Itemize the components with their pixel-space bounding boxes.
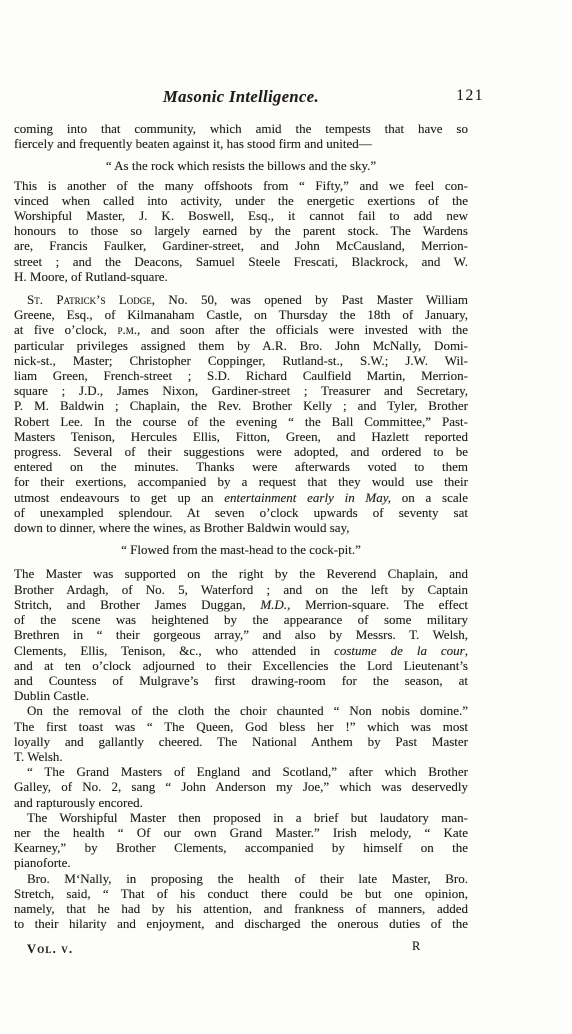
- text-line: Brethren in “ their gorgeous array,” and…: [14, 627, 468, 642]
- text-line: particular privileges assigned them by A…: [14, 338, 468, 353]
- text-line: are, Francis Faulker, Gardiner-street, a…: [14, 238, 468, 253]
- text-line: T. Welsh.: [14, 749, 468, 764]
- text-segment: Clements, Ellis, Tenison, &c., who atten…: [14, 643, 334, 658]
- signature-mark: R: [412, 939, 421, 954]
- paragraph-grand-master-health: The Worshipful Master then proposed in a…: [14, 810, 468, 871]
- text-line: H. Moore, of Rutland-square.: [14, 269, 468, 284]
- volume-label: Vol. v.: [27, 942, 73, 957]
- scanned-book-page: Masonic Intelligence. 121 coming into th…: [0, 0, 572, 1034]
- text-line: namely, that he had by his attention, an…: [14, 901, 468, 916]
- text-line: Clements, Ellis, Tenison, &c., who atten…: [14, 643, 468, 658]
- italic-text: costume de la cour: [334, 643, 465, 658]
- paragraph-continuation: coming into that community, which amid t…: [14, 121, 468, 151]
- text-line: entered on the minutes. Thanks were afte…: [14, 459, 468, 474]
- text-line: and Countess of Mulgrave’s first drawing…: [14, 673, 468, 688]
- lodge-name-small-caps: St. Patrick’s Lodge: [27, 292, 152, 307]
- text-line: ner the health “ Of our own Grand Master…: [14, 825, 468, 840]
- text-line: for their exertions, accompanied by a re…: [14, 474, 468, 489]
- page-footer: Vol. v. R: [14, 939, 484, 957]
- verse-quote: “ Flowed from the mast-head to the cock-…: [14, 542, 468, 557]
- paragraph-st-patricks-lodge: St. Patrick’s Lodge, No. 50, was opened …: [14, 292, 468, 535]
- italic-text: entertainment early in May,: [224, 490, 391, 505]
- text-line: This is another of the many offshoots fr…: [14, 178, 468, 193]
- text-line: pianoforte.: [14, 855, 468, 870]
- text-line: vinced when called into activity, under …: [14, 193, 468, 208]
- small-caps-text: p.m.: [117, 322, 137, 337]
- italic-text: M.D.: [260, 597, 287, 612]
- verse-quote: “ As the rock which resists the billows …: [14, 158, 468, 173]
- text-line: coming into that community, which amid t…: [14, 121, 468, 136]
- text-line: Kearney,” by Brother Clements, accompani…: [14, 840, 468, 855]
- text-line: P. M. Baldwin ; Chaplain, the Rev. Broth…: [14, 398, 468, 413]
- text-line: Worshipful Master, J. K. Boswell, Esq., …: [14, 208, 468, 223]
- text-line: Galley, of No. 2, sang “ John Anderson m…: [14, 779, 468, 794]
- paragraph-fifty-offshoot: This is another of the many offshoots fr…: [14, 178, 468, 284]
- text-line: progress. Several of their suggestions w…: [14, 444, 468, 459]
- text-line: down to dinner, where the wines, as Brot…: [14, 520, 468, 535]
- paragraph-removal-of-cloth: On the removal of the cloth the choir ch…: [14, 703, 468, 764]
- text-line: honours to those so largely earned by th…: [14, 223, 468, 238]
- text-line: Robert Lee. In the course of the evening…: [14, 414, 468, 429]
- text-line: The first toast was “ The Queen, God ble…: [14, 719, 468, 734]
- text-line: The Master was supported on the right by…: [14, 566, 468, 581]
- text-line: loyally and gallantly cheered. The Natio…: [14, 734, 468, 749]
- text-column: coming into that community, which amid t…: [14, 121, 468, 931]
- running-head: Masonic Intelligence. 121: [14, 87, 468, 107]
- text-segment: at five o’clock,: [14, 322, 117, 337]
- text-line: street ; and the Deacons, Samuel Steele …: [14, 254, 468, 269]
- text-segment: Stritch, and Brother James Duggan,: [14, 597, 260, 612]
- text-line: St. Patrick’s Lodge, No. 50, was opened …: [14, 292, 468, 307]
- paragraph-master-supported: The Master was supported on the right by…: [14, 566, 468, 703]
- text-line: Stretch, said, “ That of his conduct the…: [14, 886, 468, 901]
- text-segment: on a scale: [391, 490, 468, 505]
- page-title: Masonic Intelligence.: [163, 87, 319, 106]
- text-segment: , No. 50, was opened by Past Master Will…: [152, 292, 468, 307]
- text-line: The Worshipful Master then proposed in a…: [14, 810, 468, 825]
- text-line: fiercely and frequently beaten against i…: [14, 136, 468, 151]
- text-line: square ; J.D., James Nixon, Gardiner-str…: [14, 383, 468, 398]
- paragraph-mcnally-toast: Bro. M‘Nally, in proposing the health of…: [14, 871, 468, 932]
- text-line: Greene, Esq., of Kilmanaham Castle, on T…: [14, 307, 468, 322]
- text-line: to their hilarity and enjoyment, and dis…: [14, 916, 468, 931]
- text-segment: ,: [465, 643, 468, 658]
- text-line: “ The Grand Masters of England and Scotl…: [14, 764, 468, 779]
- text-line: Stritch, and Brother James Duggan, M.D.,…: [14, 597, 468, 612]
- text-line: Masters Tenison, Hercules Ellis, Fitton,…: [14, 429, 468, 444]
- text-line: and rapturously encored.: [14, 795, 468, 810]
- text-line: at five o’clock, p.m., and soon after th…: [14, 322, 468, 337]
- text-segment: , and soon after the officials were inve…: [137, 322, 468, 337]
- text-line: On the removal of the cloth the choir ch…: [14, 703, 468, 718]
- text-line: Brother Ardagh, of No. 5, Waterford ; an…: [14, 582, 468, 597]
- paragraph-grand-masters-toast: “ The Grand Masters of England and Scotl…: [14, 764, 468, 810]
- text-line: utmost endeavours to get up an entertain…: [14, 490, 468, 505]
- text-segment: , Merrion-square. The effect: [287, 597, 468, 612]
- text-line: and at ten o’clock adjourned to their Ex…: [14, 658, 468, 673]
- text-line: nick-st., Master; Christopher Coppinger,…: [14, 353, 468, 368]
- text-segment: utmost endeavours to get up an: [14, 490, 224, 505]
- text-line: Bro. M‘Nally, in proposing the health of…: [14, 871, 468, 886]
- text-line: liam Green, French-street ; S.D. Richard…: [14, 368, 468, 383]
- text-line: of unexampled splendour. At seven o’cloc…: [14, 505, 468, 520]
- text-line: Dublin Castle.: [14, 688, 468, 703]
- text-line: of the scene was heightened by the appea…: [14, 612, 468, 627]
- page-number: 121: [456, 87, 484, 105]
